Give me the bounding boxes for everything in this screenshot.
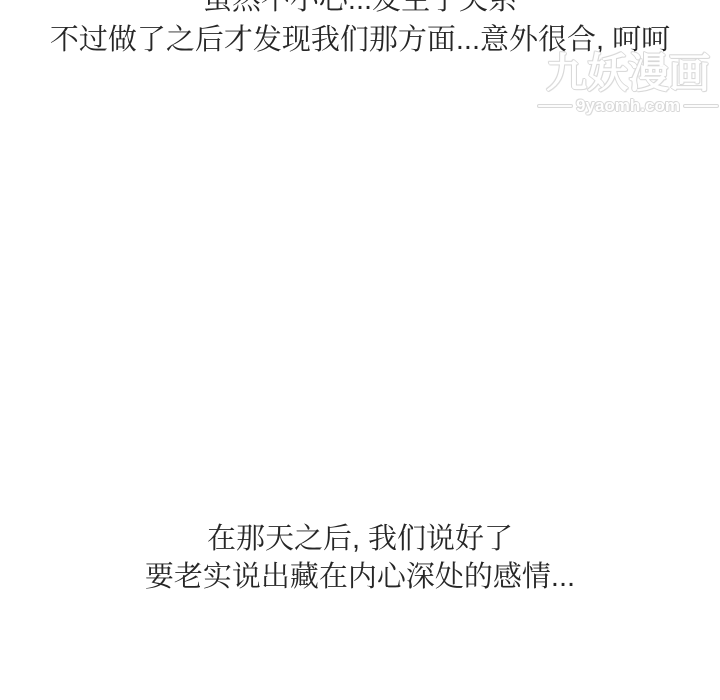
caption-line: 在那天之后, 我们说好了 — [0, 520, 720, 558]
dash-line-left-icon — [537, 104, 573, 108]
caption-line: 虽然不小心...发生了关系 — [0, 0, 720, 20]
watermark-logo: 九妖漫画 — [546, 52, 710, 94]
comic-page: 虽然不小心...发生了关系 不过做了之后才发现我们那方面...意外很合, 呵呵 … — [0, 0, 720, 700]
bottom-caption: 在那天之后, 我们说好了 要老实说出藏在内心深处的感情... — [0, 520, 720, 596]
watermark-url: 9yaomh.com — [576, 97, 680, 114]
watermark-url-row: 9yaomh.com — [537, 97, 719, 114]
caption-line: 要老实说出藏在内心深处的感情... — [0, 558, 720, 596]
site-watermark: 九妖漫画 9yaomh.com — [538, 52, 718, 114]
dash-line-right-icon — [683, 104, 719, 108]
